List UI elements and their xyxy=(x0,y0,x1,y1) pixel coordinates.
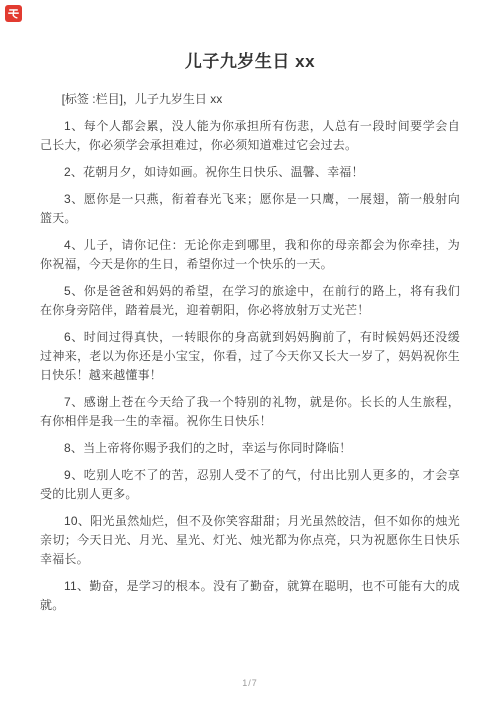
paragraph: 5、你是爸爸和妈妈的希望，在学习的旅途中，在前行的路上，将有我们在你身旁陪伴，踏… xyxy=(40,282,460,320)
paragraph: 7、感谢上苍在今天给了我一个特别的礼物，就是你。长长的人生旅程，有你相伴是我一生… xyxy=(40,393,460,431)
document-page: 儿子九岁生日 xx [标签 :栏目]，儿子九岁生日 xx 1、每个人都会累，没人… xyxy=(0,0,500,708)
document-title: 儿子九岁生日 xx xyxy=(40,0,460,74)
paragraph: 1、每个人都会累，没人能为你承担所有伤悲，人总有一段时间要学会自己长大，你必须学… xyxy=(40,117,460,155)
paragraph: 2、花朝月夕，如诗如画。祝你生日快乐、温馨、幸福！ xyxy=(40,163,460,182)
paragraph: 4、儿子，请你记住：无论你走到哪里，我和你的母亲都会为你牵挂，为你祝福，今天是你… xyxy=(40,236,460,274)
paragraph: 11、勤奋，是学习的根本。没有了勤奋，就算在聪明，也不可能有大的成就。 xyxy=(40,577,460,615)
paragraph: 10、阳光虽然灿烂，但不及你笑容甜甜；月光虽然皎洁，但不如你的烛光亲切；今天日光… xyxy=(40,512,460,569)
paragraph-list: 1、每个人都会累，没人能为你承担所有伤悲，人总有一段时间要学会自己长大，你必须学… xyxy=(40,117,460,615)
paragraph: 8、当上帝将你赐予我们的之时，幸运与你同时降临！ xyxy=(40,439,460,458)
paragraph: 3、愿你是一只燕，衔着春光飞来；愿你是一只鹰，一展翅，箭一般射向篮天。 xyxy=(40,190,460,228)
paragraph: 9、吃别人吃不了的苦，忍别人受不了的气，付出比别人更多的，才会享受的比别人更多。 xyxy=(40,466,460,504)
red-corner-badge-icon xyxy=(5,5,22,22)
document-body: 儿子九岁生日 xx [标签 :栏目]，儿子九岁生日 xx 1、每个人都会累，没人… xyxy=(0,0,500,615)
tag-line: [标签 :栏目]，儿子九岁生日 xx xyxy=(40,90,460,109)
paragraph: 6、时间过得真快，一转眼你的身高就到妈妈胸前了，有时候妈妈还没缓过神来，老以为你… xyxy=(40,328,460,385)
page-indicator: 1/7 xyxy=(0,678,500,688)
